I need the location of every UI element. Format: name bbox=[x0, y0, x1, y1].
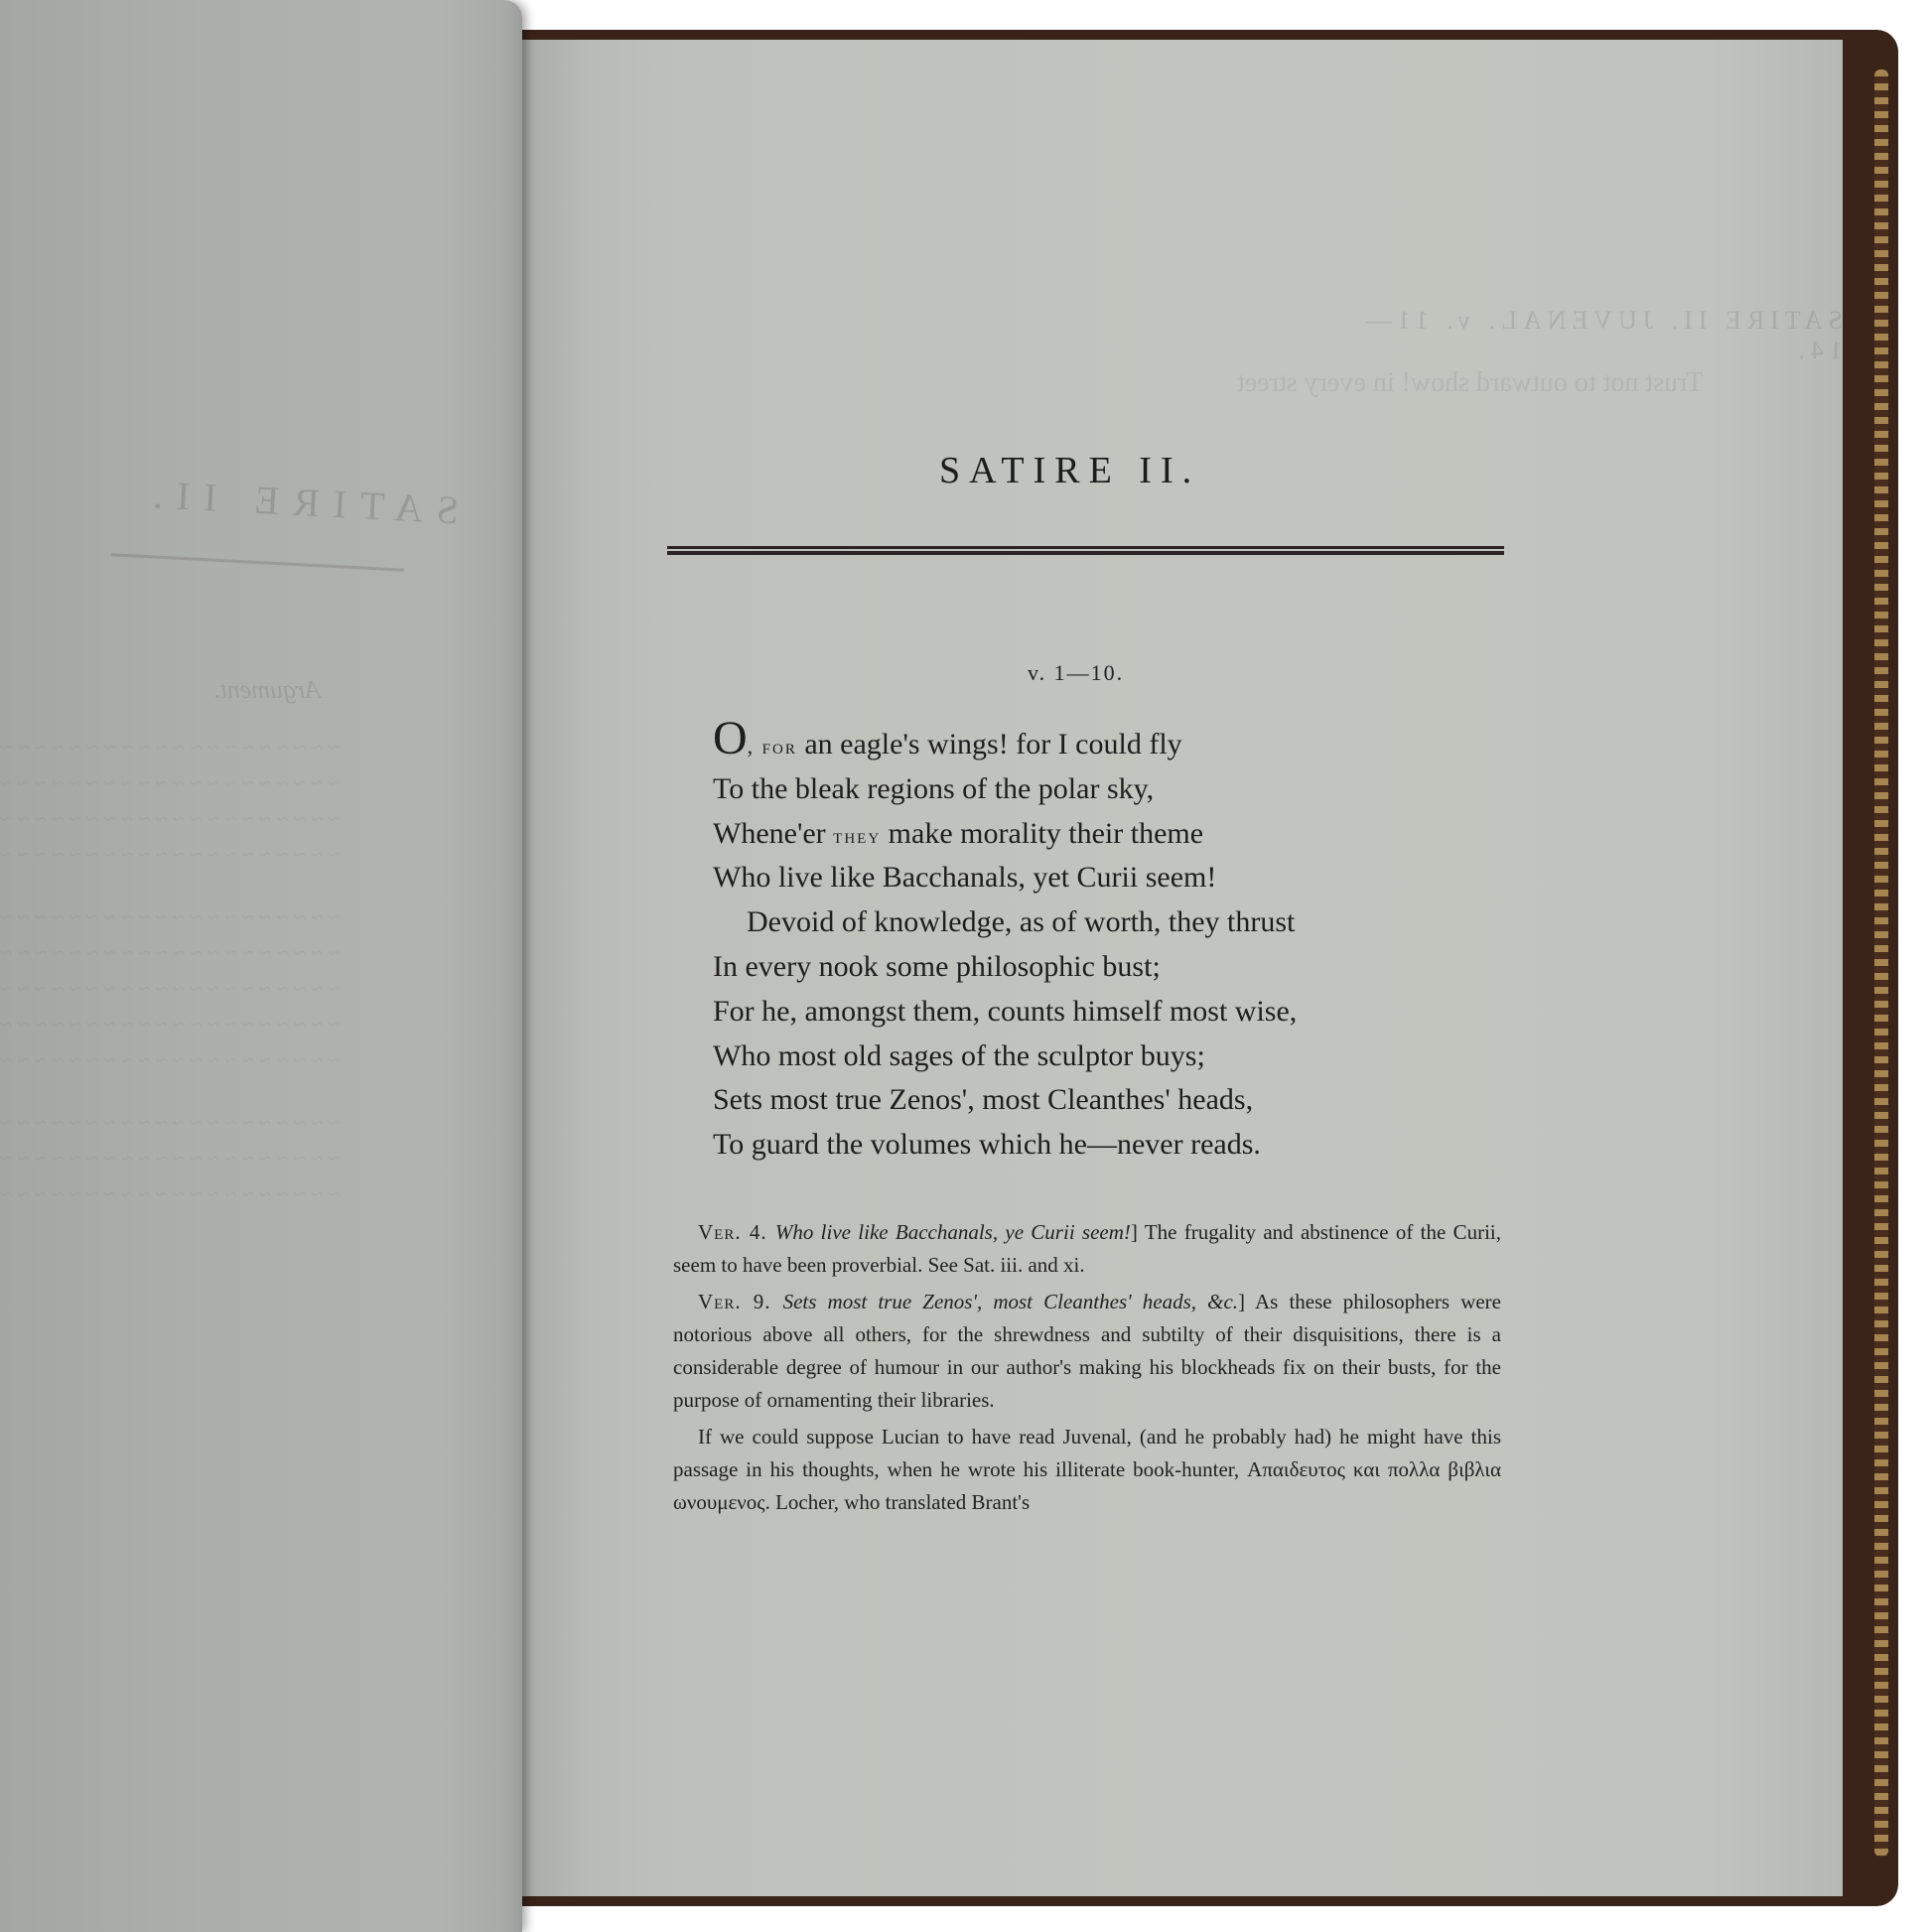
show-through-rule bbox=[111, 553, 404, 571]
footnote-paragraph: Ver. 4. Who live like Bacchanals, ye Cur… bbox=[673, 1216, 1501, 1282]
verse-line: Who live like Bacchanals, yet Curii seem… bbox=[713, 856, 1297, 900]
show-through-body: ~ ~ ~ ~ ~ ~ ~ ~ ~ ~ ~ ~ ~ ~ ~ ~ ~ ~ ~ ~ … bbox=[0, 735, 516, 1217]
verse-heading: v. 1—10. bbox=[1028, 660, 1124, 686]
footnotes: Ver. 4. Who live like Bacchanals, ye Cur… bbox=[673, 1216, 1501, 1523]
verse-line: To guard the volumes which he—never read… bbox=[713, 1123, 1297, 1168]
verse-line: To the bleak regions of the polar sky, bbox=[713, 767, 1297, 812]
show-through-line: ~ ~ ~ ~ ~ ~ ~ ~ ~ ~ ~ ~ ~ ~ ~ ~ ~ ~ ~ ~ bbox=[0, 1181, 516, 1214]
small-caps-text: they bbox=[833, 823, 881, 848]
show-through-line: ~ ~ ~ ~ ~ ~ ~ ~ ~ ~ ~ ~ ~ ~ ~ ~ ~ ~ ~ ~ bbox=[0, 1012, 516, 1044]
show-through-line: ~ ~ ~ ~ ~ ~ ~ ~ ~ ~ ~ ~ ~ ~ ~ ~ ~ ~ ~ ~ bbox=[0, 976, 516, 1009]
show-through-line: ~ ~ ~ ~ ~ ~ ~ ~ ~ ~ ~ ~ ~ ~ ~ ~ ~ ~ ~ ~ bbox=[0, 770, 516, 803]
verse-line: Devoid of knowledge, as of worth, they t… bbox=[713, 900, 1297, 945]
footnote-label: Ver. 9. bbox=[698, 1290, 783, 1313]
verse-line: In every nook some philosophic bust; bbox=[713, 945, 1297, 990]
show-through-line: ~ ~ ~ ~ ~ ~ ~ ~ ~ ~ ~ ~ ~ ~ ~ ~ ~ ~ ~ ~ bbox=[0, 1047, 516, 1080]
verse-line: Sets most true Zenos', most Cleanthes' h… bbox=[713, 1078, 1297, 1123]
show-through-line: ~ ~ ~ ~ ~ ~ ~ ~ ~ ~ ~ ~ ~ ~ ~ ~ ~ ~ ~ ~ bbox=[0, 940, 516, 973]
title-double-rule bbox=[667, 546, 1504, 555]
show-through-line: ~ ~ ~ ~ ~ ~ ~ ~ ~ ~ ~ ~ ~ ~ ~ ~ ~ ~ ~ ~ bbox=[0, 735, 516, 767]
verse-line: For he, amongst them, counts himself mos… bbox=[713, 990, 1297, 1035]
small-caps-text: , for bbox=[748, 734, 797, 759]
show-through-line: ~ ~ ~ ~ ~ ~ ~ ~ ~ ~ ~ ~ ~ ~ ~ ~ ~ ~ ~ ~ bbox=[0, 904, 516, 937]
verse-block: O, for an eagle's wings! for I could fly… bbox=[713, 723, 1297, 1168]
show-through-line: ~ ~ ~ ~ ~ ~ ~ ~ ~ ~ ~ ~ ~ ~ ~ ~ ~ ~ ~ ~ bbox=[0, 1110, 516, 1143]
show-through-line: ~ ~ ~ ~ ~ ~ ~ ~ ~ ~ ~ ~ ~ ~ ~ ~ ~ ~ ~ ~ bbox=[0, 806, 516, 839]
verse-line: Who most old sages of the sculptor buys; bbox=[713, 1035, 1297, 1079]
left-page: SATIRE II. Argument. ~ ~ ~ ~ ~ ~ ~ ~ ~ ~… bbox=[0, 0, 522, 1932]
verse-line: Whene'er they make morality their theme bbox=[713, 812, 1297, 857]
footnote-quote: Sets most true Zenos', most Cleanthes' h… bbox=[783, 1290, 1238, 1313]
drop-cap: O bbox=[713, 712, 748, 764]
show-through-argument: Argument. bbox=[213, 675, 321, 705]
verse-line: O, for an eagle's wings! for I could fly bbox=[713, 723, 1297, 767]
show-through-title: SATIRE II. bbox=[138, 471, 460, 534]
page-title: SATIRE II. bbox=[939, 449, 1200, 492]
footnote-paragraph: If we could suppose Lucian to have read … bbox=[673, 1421, 1501, 1519]
footnote-quote: Who live like Bacchanals, ye Curii seem! bbox=[775, 1220, 1131, 1244]
footnote-paragraph: Ver. 9. Sets most true Zenos', most Clea… bbox=[673, 1286, 1501, 1417]
footnote-label: Ver. 4. bbox=[698, 1220, 775, 1244]
show-through-line: ~ ~ ~ ~ ~ ~ ~ ~ ~ ~ ~ ~ ~ ~ ~ ~ ~ ~ ~ ~ bbox=[0, 842, 516, 875]
show-through-line: ~ ~ ~ ~ ~ ~ ~ ~ ~ ~ ~ ~ ~ ~ ~ ~ ~ ~ ~ ~ bbox=[0, 1146, 516, 1178]
